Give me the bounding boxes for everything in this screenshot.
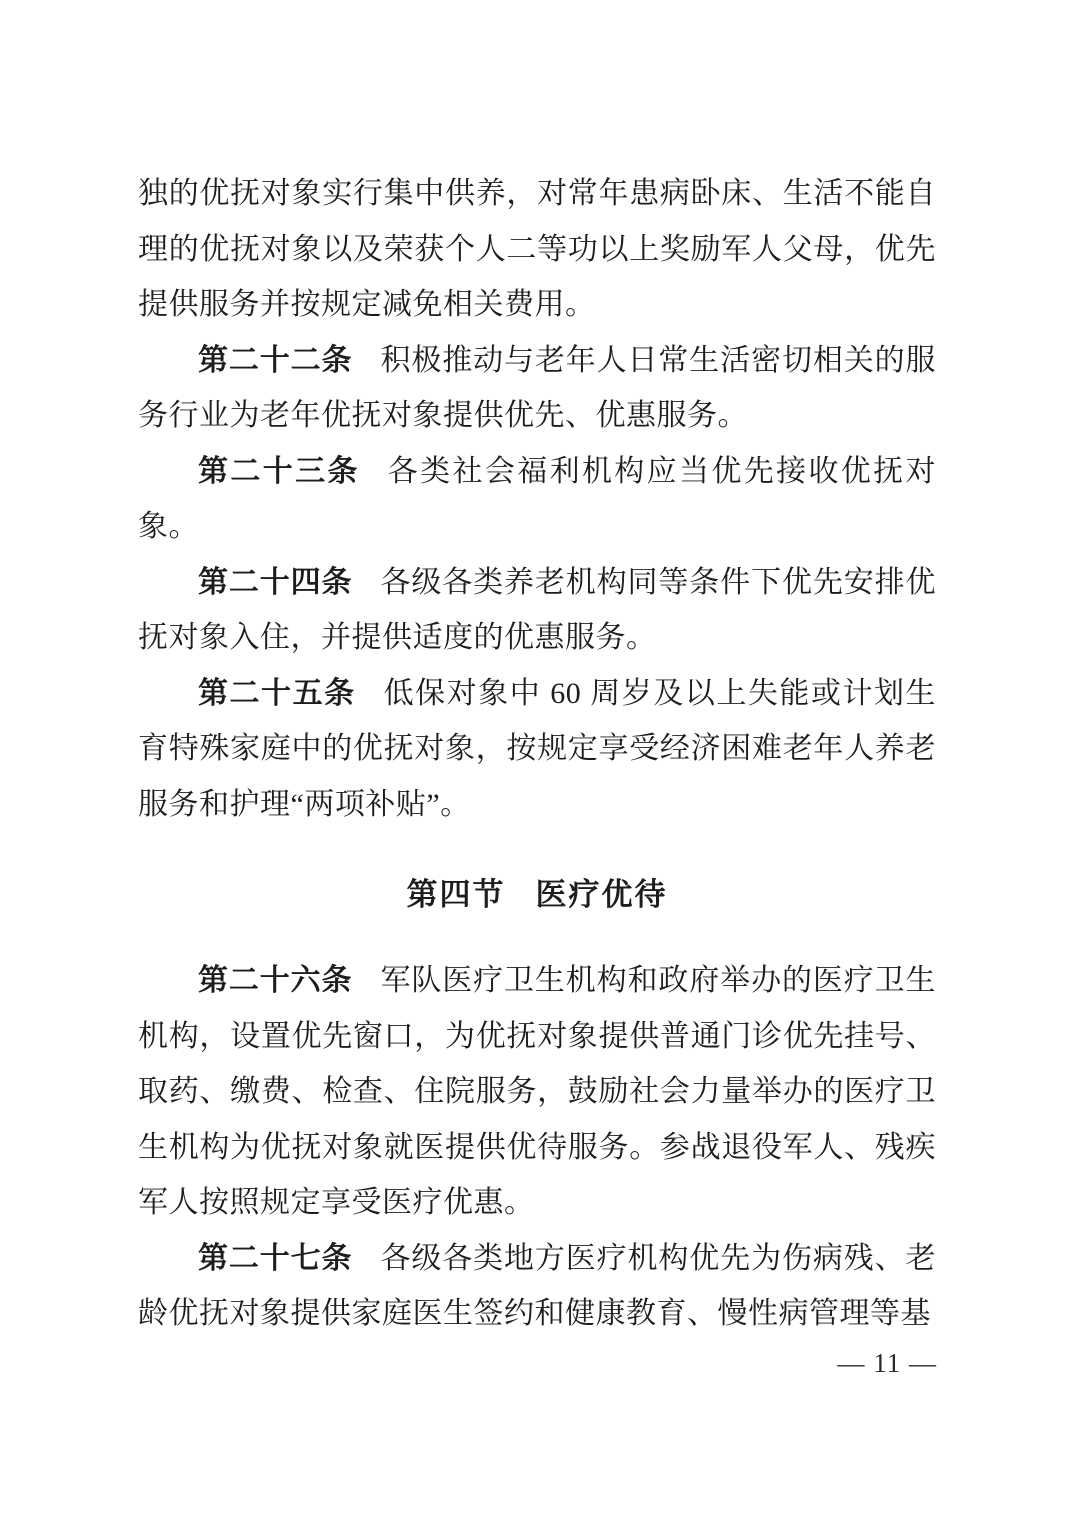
section-label: 第四节 [407, 877, 506, 912]
section-title: 医疗优待 [536, 877, 668, 912]
page-content: 独的优抚对象实行集中供养，对常年患病卧床、生活不能自理的优抚对象以及荣获个人二等… [138, 166, 936, 1342]
article-27-number: 第二十七条 [198, 1242, 380, 1275]
article-22-number: 第二十二条 [198, 344, 380, 377]
article-26: 第二十六条军队医疗卫生机构和政府举办的医疗卫生机构，设置优先窗口，为优抚对象提供… [138, 953, 936, 1231]
article-24-number: 第二十四条 [198, 566, 380, 599]
article-22: 第二十二条积极推动与老年人日常生活密切相关的服务行业为老年优抚对象提供优先、优惠… [138, 333, 936, 444]
article-23-number: 第二十三条 [198, 455, 388, 488]
article-25-number: 第二十五条 [198, 677, 384, 710]
article-24: 第二十四条各级各类养老机构同等条件下优先安排优抚对象入住，并提供适度的优惠服务。 [138, 555, 936, 666]
article-26-number: 第二十六条 [198, 964, 380, 997]
paragraph-continuation: 独的优抚对象实行集中供养，对常年患病卧床、生活不能自理的优抚对象以及荣获个人二等… [138, 166, 936, 333]
article-26-text: 军队医疗卫生机构和政府举办的医疗卫生机构，设置优先窗口，为优抚对象提供普通门诊优… [138, 964, 936, 1219]
article-27: 第二十七条各级各类地方医疗机构优先为伤病残、老龄优抚对象提供家庭医生签约和健康教… [138, 1231, 936, 1342]
section-heading: 第四节医疗优待 [138, 867, 936, 922]
document-page: 独的优抚对象实行集中供养，对常年患病卧床、生活不能自理的优抚对象以及荣获个人二等… [0, 0, 1074, 1514]
article-23: 第二十三条各类社会福利机构应当优先接收优抚对象。 [138, 444, 936, 555]
article-25: 第二十五条低保对象中 60 周岁及以上失能或计划生育特殊家庭中的优抚对象，按规定… [138, 666, 936, 833]
page-number: — 11 — [838, 1348, 938, 1378]
